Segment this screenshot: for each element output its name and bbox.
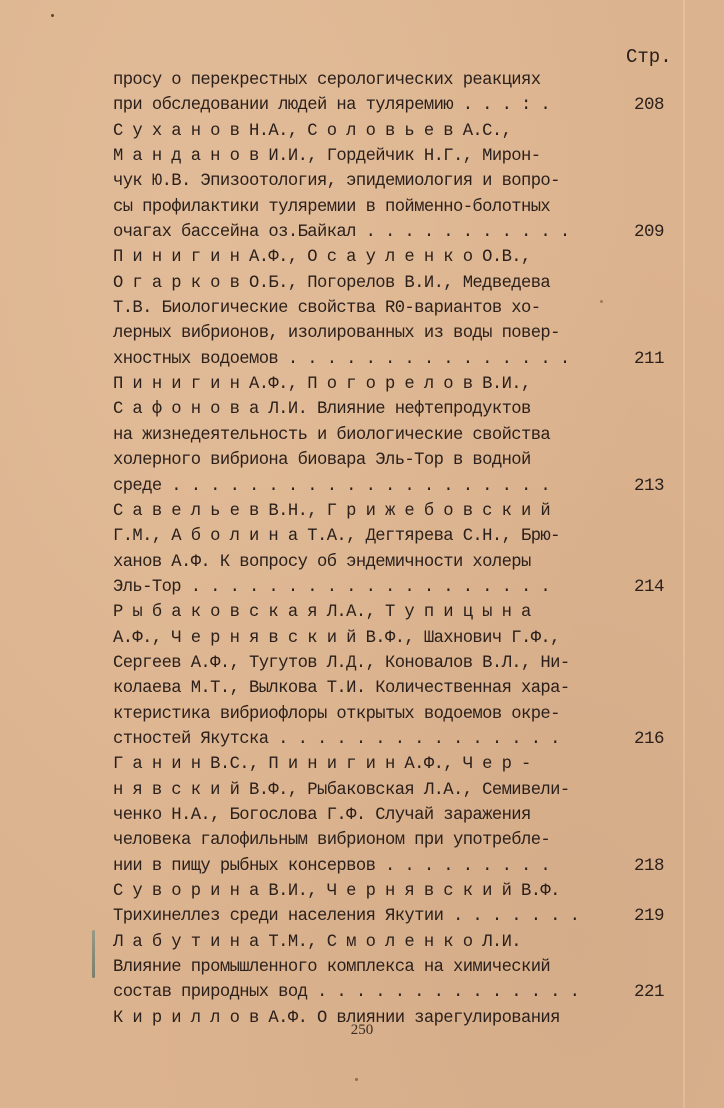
- toc-line-text: колаева М.Т., Вылкова Т.И. Количественна…: [113, 676, 570, 701]
- toc-line-text: н я в с к и й В.Ф., Рыбаковская Л.А., Се…: [113, 778, 570, 803]
- toc-line: Л а б у т и н а Т.М., С м о л е н к о Л.…: [113, 930, 683, 955]
- toc-line: Трихинеллез среди населения Якутии . . .…: [113, 904, 683, 929]
- table-of-contents: просу о перекрестных серологических реак…: [113, 68, 683, 1031]
- toc-line-text: Г а н и н В.С., П и н и г и н А.Ф., Ч е …: [113, 752, 531, 777]
- toc-line: ктеристика вибриофлоры открытых водоемов…: [113, 702, 683, 727]
- toc-line-text: человека галофильным вибрионом при употр…: [113, 828, 550, 853]
- toc-line-text: С у х а н о в Н.А., С о л о в ь е в А.С.…: [113, 119, 511, 144]
- toc-line: при обследовании людей на туляремию . . …: [113, 93, 683, 118]
- toc-line-text: А.Ф., Ч е р н я в с к и й В.Ф., Шахнович…: [113, 626, 560, 651]
- toc-line: человека галофильным вибрионом при употр…: [113, 828, 683, 853]
- toc-line-text: Сергеев А.Ф., Тугутов Л.Д., Коновалов В.…: [113, 651, 570, 676]
- toc-line: С а ф о н о в а Л.И. Влияние нефтепродук…: [113, 397, 683, 422]
- toc-line-text: на жизнедеятельность и биологические сво…: [113, 423, 550, 448]
- toc-line: Р ы б а к о в с к а я Л.А., Т у п и ц ы …: [113, 600, 683, 625]
- toc-line-text: Эль-Тор . . . . . . . . . . . . . . . . …: [113, 575, 550, 600]
- toc-line-text: при обследовании людей на туляремию . . …: [113, 93, 550, 118]
- toc-page-number: 211: [634, 347, 664, 372]
- toc-page-number: 218: [634, 854, 664, 879]
- toc-page-number: 214: [634, 575, 664, 600]
- margin-pen-mark: [92, 930, 95, 978]
- toc-line: Т.В. Биологические свойства R0-вариантов…: [113, 296, 683, 321]
- page-column-header: Стр.: [626, 46, 672, 68]
- toc-page-number: 221: [634, 980, 664, 1005]
- toc-line: ханов А.Ф. К вопросу об эндемичности хол…: [113, 550, 683, 575]
- toc-line-text: Л а б у т и н а Т.М., С м о л е н к о Л.…: [113, 930, 521, 955]
- toc-page-number: 213: [634, 474, 664, 499]
- paper-fold-shadow: [683, 0, 685, 1108]
- toc-line: чук Ю.В. Эпизоотология, эпидемиология и …: [113, 169, 683, 194]
- paper-speck: [51, 14, 54, 17]
- toc-line-text: О г а р к о в О.Б., Погорелов В.И., Медв…: [113, 271, 550, 296]
- toc-line-text: холерного вибриона биовара Эль-Тор в вод…: [113, 448, 531, 473]
- toc-line: н я в с к и й В.Ф., Рыбаковская Л.А., Се…: [113, 778, 683, 803]
- toc-page-number: 216: [634, 727, 664, 752]
- toc-line-text: чук Ю.В. Эпизоотология, эпидемиология и …: [113, 169, 560, 194]
- toc-line: Влияние промышленного комплекса на химич…: [113, 955, 683, 980]
- paper-speck: [355, 1078, 358, 1081]
- toc-line-text: Влияние промышленного комплекса на химич…: [113, 955, 550, 980]
- toc-line: сы профилактики туляремии в пойменно-бол…: [113, 195, 683, 220]
- toc-line: П и н и г и н А.Ф., О с а у л е н к о О.…: [113, 245, 683, 270]
- toc-line: нии в пищу рыбных консервов . . . . . . …: [113, 854, 683, 879]
- toc-line-text: среде . . . . . . . . . . . . . . . . . …: [113, 474, 550, 499]
- toc-line-text: очагах бассейна оз.Байкал . . . . . . . …: [113, 220, 570, 245]
- toc-line-text: П и н и г и н А.Ф., О с а у л е н к о О.…: [113, 245, 531, 270]
- toc-line: П и н и г и н А.Ф., П о г о р е л о в В.…: [113, 372, 683, 397]
- toc-line-text: ханов А.Ф. К вопросу об эндемичности хол…: [113, 550, 531, 575]
- toc-line: стностей Якутска . . . . . . . . . . . .…: [113, 727, 683, 752]
- toc-line: А.Ф., Ч е р н я в с к и й В.Ф., Шахнович…: [113, 626, 683, 651]
- toc-line: О г а р к о в О.Б., Погорелов В.И., Медв…: [113, 271, 683, 296]
- scanned-page: Стр. просу о перекрестных серологических…: [0, 0, 724, 1108]
- toc-line-text: состав природных вод . . . . . . . . . .…: [113, 980, 579, 1005]
- toc-page-number: 208: [634, 93, 664, 118]
- toc-line: колаева М.Т., Вылкова Т.И. Количественна…: [113, 676, 683, 701]
- toc-line-text: П и н и г и н А.Ф., П о г о р е л о в В.…: [113, 372, 531, 397]
- toc-page-number: 219: [634, 904, 664, 929]
- toc-line: ченко Н.А., Богослова Г.Ф. Случай зараже…: [113, 803, 683, 828]
- toc-line-text: С у в о р и н а В.И., Ч е р н я в с к и …: [113, 879, 560, 904]
- toc-line-text: С а в е л ь е в В.Н., Г р и ж е б о в с …: [113, 499, 550, 524]
- toc-line-text: Г.М., А б о л и н а Т.А., Дегтярева С.Н.…: [113, 524, 560, 549]
- toc-line: Сергеев А.Ф., Тугутов Л.Д., Коновалов В.…: [113, 651, 683, 676]
- toc-line: очагах бассейна оз.Байкал . . . . . . . …: [113, 220, 683, 245]
- toc-line-text: Трихинеллез среди населения Якутии . . .…: [113, 904, 579, 929]
- toc-line-text: лерных вибрионов, изолированных из воды …: [113, 321, 560, 346]
- toc-line-text: стностей Якутска . . . . . . . . . . . .…: [113, 727, 560, 752]
- toc-line-text: М а н д а н о в И.И., Гордейчик Н.Г., Ми…: [113, 144, 540, 169]
- toc-page-number: 209: [634, 220, 664, 245]
- toc-line: Г а н и н В.С., П и н и г и н А.Ф., Ч е …: [113, 752, 683, 777]
- toc-line-text: С а ф о н о в а Л.И. Влияние нефтепродук…: [113, 397, 531, 422]
- toc-line: М а н д а н о в И.И., Гордейчик Н.Г., Ми…: [113, 144, 683, 169]
- page-number: 250: [0, 1022, 724, 1039]
- toc-line: С у х а н о в Н.А., С о л о в ь е в А.С.…: [113, 119, 683, 144]
- toc-line-text: Т.В. Биологические свойства R0-вариантов…: [113, 296, 540, 321]
- toc-line-text: ченко Н.А., Богослова Г.Ф. Случай зараже…: [113, 803, 531, 828]
- toc-line: просу о перекрестных серологических реак…: [113, 68, 683, 93]
- toc-line: лерных вибрионов, изолированных из воды …: [113, 321, 683, 346]
- toc-line-text: хностных водоемов . . . . . . . . . . . …: [113, 347, 570, 372]
- toc-line: холерного вибриона биовара Эль-Тор в вод…: [113, 448, 683, 473]
- toc-line: состав природных вод . . . . . . . . . .…: [113, 980, 683, 1005]
- toc-line: хностных водоемов . . . . . . . . . . . …: [113, 347, 683, 372]
- toc-line-text: Р ы б а к о в с к а я Л.А., Т у п и ц ы …: [113, 600, 531, 625]
- toc-line-text: нии в пищу рыбных консервов . . . . . . …: [113, 854, 550, 879]
- toc-line: Г.М., А б о л и н а Т.А., Дегтярева С.Н.…: [113, 524, 683, 549]
- toc-line-text: сы профилактики туляремии в пойменно-бол…: [113, 195, 550, 220]
- toc-line-text: просу о перекрестных серологических реак…: [113, 68, 540, 93]
- toc-line-text: ктеристика вибриофлоры открытых водоемов…: [113, 702, 560, 727]
- toc-line: С а в е л ь е в В.Н., Г р и ж е б о в с …: [113, 499, 683, 524]
- toc-line: среде . . . . . . . . . . . . . . . . . …: [113, 474, 683, 499]
- toc-line: С у в о р и н а В.И., Ч е р н я в с к и …: [113, 879, 683, 904]
- toc-line: на жизнедеятельность и биологические сво…: [113, 423, 683, 448]
- toc-line: Эль-Тор . . . . . . . . . . . . . . . . …: [113, 575, 683, 600]
